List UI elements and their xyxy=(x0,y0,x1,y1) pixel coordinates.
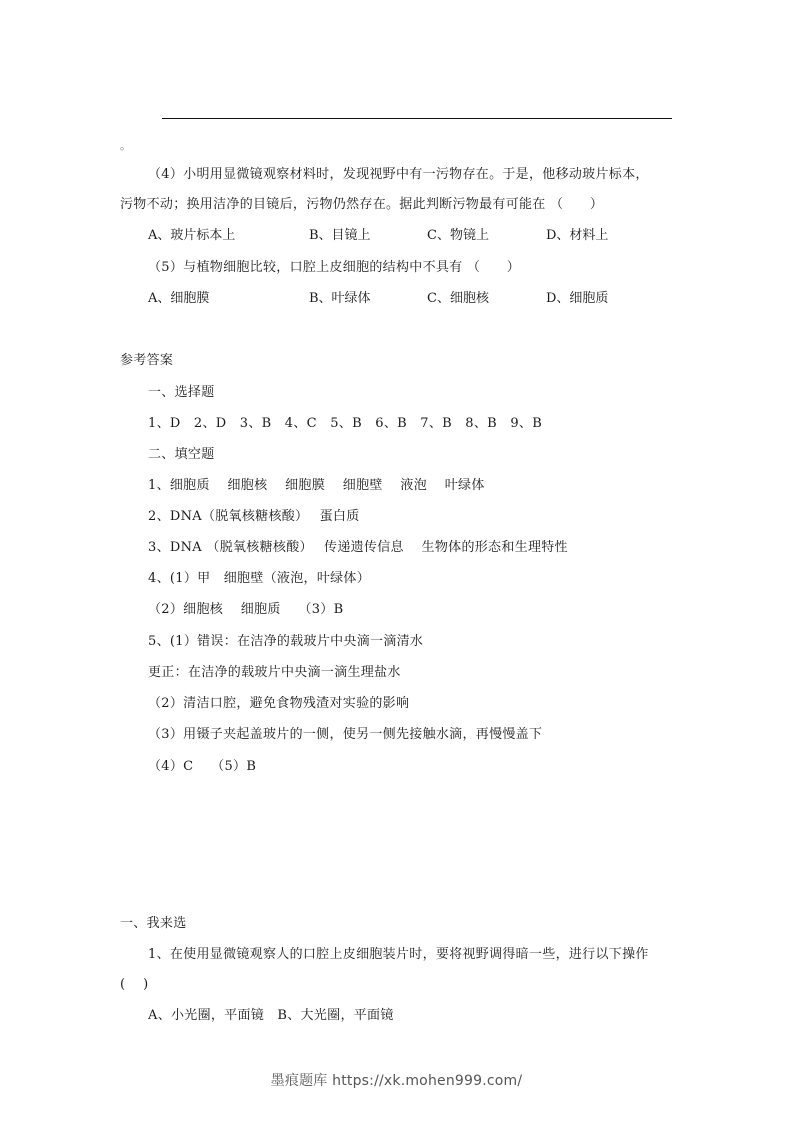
question-5-option-a: A、细胞膜 xyxy=(148,291,209,307)
question-5-option-c: C、细胞核 xyxy=(427,291,489,307)
fill-answer-line: （2）清洁口腔，避免食物残渣对实验的影响 xyxy=(148,696,409,712)
question-5-line-1: （5）与植物细胞比较，口腔上皮细胞的结构中不具有 （ ） xyxy=(148,260,520,276)
fill-answer-line: 1、细胞质 细胞核 细胞膜 细胞壁 液泡 叶绿体 xyxy=(148,478,485,494)
fill-answer-line: 4、(1）甲 细胞壁（液泡，叶绿体） xyxy=(148,571,370,587)
question-4-option-a: A、玻片标本上 xyxy=(148,228,235,244)
question-4-line-2: 污物不动；换用洁净的目镜后，污物仍然存在。据此判断污物最有可能在 （ ） xyxy=(120,197,603,213)
question-5-option-d: D、细胞质 xyxy=(546,291,608,307)
trailing-period: 。 xyxy=(120,137,131,153)
answers-section-2-title: 二、填空题 xyxy=(148,447,215,463)
question-4-option-c: C、物镜上 xyxy=(427,228,489,244)
fill-answer-line: 5、(1）错误：在洁净的载玻片中央滴一滴清水 xyxy=(148,634,423,650)
fill-answer-line: （3）用镊子夹起盖玻片的一侧，使另一侧先接触水滴，再慢慢盖下 xyxy=(148,727,542,743)
footer-watermark: 墨痕题库 https://xk.mohen999.com/ xyxy=(0,1070,793,1090)
answers-heading: 参考答案 xyxy=(120,353,173,369)
question-4-option-d: D、材料上 xyxy=(546,228,608,244)
next-question-1-line-2: ( ) xyxy=(120,977,148,993)
question-4-line-1: （4）小明用显微镜观察材料时，发现视野中有一污物存在。于是，他移动玻片标本， xyxy=(148,167,649,183)
fill-answer-line: （2）细胞核 细胞质 （3）B xyxy=(148,602,343,618)
next-question-1-line-1: 1、在使用显微镜观察人的口腔上皮细胞装片时，要将视野调得暗一些，进行以下操作 xyxy=(148,947,649,963)
fill-answer-line: 2、DNA（脱氧核糖核酸） 蛋白质 xyxy=(148,509,360,525)
question-4-option-b: B、目镜上 xyxy=(309,228,371,244)
next-question-1-options: A、小光圈，平面镜 B、大光圈，平面镜 xyxy=(148,1008,394,1024)
question-5-option-b: B、叶绿体 xyxy=(309,291,371,307)
answers-section-1-title: 一、选择题 xyxy=(148,385,215,401)
fill-answer-line: 3、DNA （脱氧核糖核酸） 传递遗传信息 生物体的形态和生理特性 xyxy=(148,540,568,556)
fill-answer-line: 更正：在洁净的载玻片中央滴一滴生理盐水 xyxy=(148,665,401,681)
next-section-title: 一、我来选 xyxy=(120,916,187,932)
answers-section-1-list: 1、D 2、D 3、B 4、C 5、B 6、B 7、B 8、B 9、B xyxy=(148,416,542,432)
answer-blank-rule xyxy=(162,118,672,119)
fill-answer-line: （4）C （5）B xyxy=(148,759,256,775)
